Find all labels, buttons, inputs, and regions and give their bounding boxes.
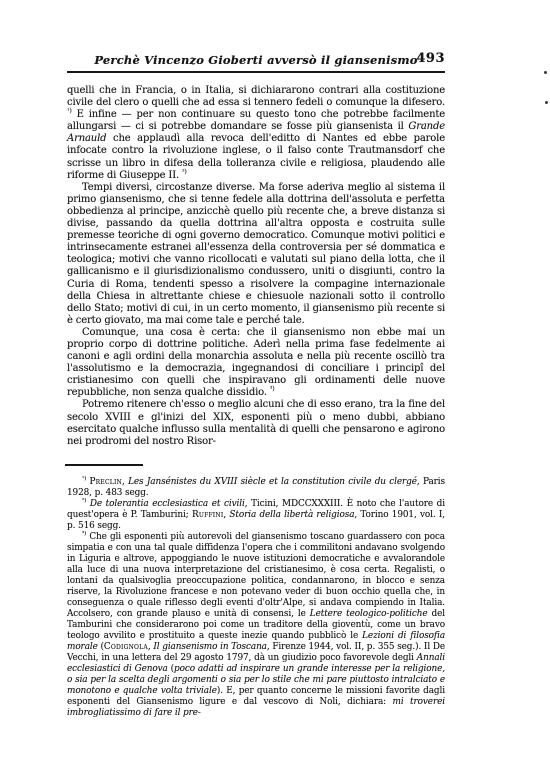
running-header: Perchè Vincenzo Gioberti avversò il gian… (67, 53, 445, 68)
scan-speck (545, 101, 548, 104)
footnote-separator (65, 464, 143, 466)
header-rule (67, 71, 445, 73)
paragraph-4: Potremo ritenere ch'esso o meglio alcuni… (67, 399, 445, 447)
book-page: Perchè Vincenzo Gioberti avversò il gian… (0, 0, 550, 784)
paragraph-2: Tempi diversi, circostanze diverse. Ma f… (67, 182, 445, 327)
footnote-3: ³) Che gli esponenti più autorevoli del … (67, 532, 445, 719)
footnote-1: ¹) Preclin, Les Jansénistes du XVIII siè… (67, 477, 445, 499)
paragraph-1: quelli che in Francia, o in Italia, si d… (67, 85, 445, 182)
body-text: quelli che in Francia, o in Italia, si d… (67, 85, 445, 448)
footnote-2: ²) De tolerantia ecclesiastica et civili… (67, 499, 445, 532)
page-title: Perchè Vincenzo Gioberti avversò il gian… (67, 53, 445, 67)
paragraph-3: Comunque, una cosa è certa: che il gians… (67, 327, 445, 400)
page-number: 493 (416, 51, 445, 66)
footnotes: ¹) Preclin, Les Jansénistes du XVIII siè… (67, 477, 445, 719)
scan-speck (544, 71, 547, 74)
text-block: Perchè Vincenzo Gioberti avversò il gian… (67, 0, 445, 719)
